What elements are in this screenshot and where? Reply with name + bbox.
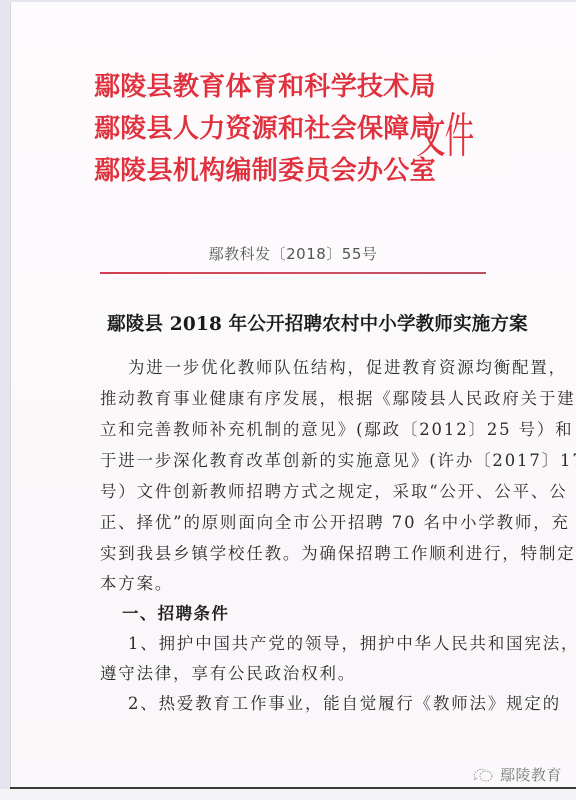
condition-line: 2、热爱教育工作事业，能自觉履行《教师法》规定的 — [100, 689, 490, 719]
header-document-word: 文件 — [416, 96, 473, 176]
agency-name-1: 鄢陵县教育体育和科学技术局 — [94, 74, 436, 100]
paragraph-line: 号）文件创新教师招聘方式之规定，采取“公开、公平、公 — [100, 476, 490, 507]
paragraph-line: 本方案。 — [100, 569, 490, 599]
document-number: 鄢教科发〔2018〕55号 — [0, 243, 576, 264]
wechat-icon — [472, 767, 494, 783]
page-backdrop — [0, 789, 576, 800]
red-divider-line — [100, 272, 486, 274]
paragraph-line: 立和完善教师补充机制的意见》(鄢政〔2012〕25 号）和《关 — [100, 414, 490, 445]
document-title: 鄢陵县 2018 年公开招聘农村中小学教师实施方案 — [107, 310, 528, 336]
agency-name-2: 鄢陵县人力资源和社会保障局 — [94, 116, 436, 142]
paragraph-line: 为进一步优化教师队伍结构，促进教育资源均衡配置， — [100, 352, 490, 383]
watermark-label: 鄢陵教育 — [500, 764, 562, 785]
document-body: 为进一步优化教师队伍结构，促进教育资源均衡配置， 推动教育事业健康有序发展，根据… — [100, 352, 490, 719]
red-header-agencies: 鄢陵县教育体育和科学技术局 鄢陵县人力资源和社会保障局 鄢陵县机构编制委员会办公… — [94, 74, 436, 200]
agency-name-3: 鄢陵县机构编制委员会办公室 — [94, 158, 436, 184]
paragraph-line: 实到我县乡镇学校任教。为确保招聘工作顺利进行，特制定 — [100, 538, 490, 569]
paragraph-line: 于进一步深化教育改革创新的实施意见》(许办〔2017〕17 — [100, 445, 490, 476]
condition-line: 遵守法律，享有公民政治权利。 — [100, 659, 490, 689]
paragraph-line: 推动教育事业健康有序发展，根据《鄢陵县人民政府关于建 — [100, 383, 490, 414]
paragraph-line: 正、择优”的原则面向全市公开招聘 70 名中小学教师，充 — [100, 507, 490, 538]
account-watermark: 鄢陵教育 — [472, 764, 562, 785]
section-heading: 一、招聘条件 — [100, 599, 490, 629]
condition-line: 1、拥护中国共产党的领导，拥护中华人民共和国宪法， — [100, 629, 490, 659]
